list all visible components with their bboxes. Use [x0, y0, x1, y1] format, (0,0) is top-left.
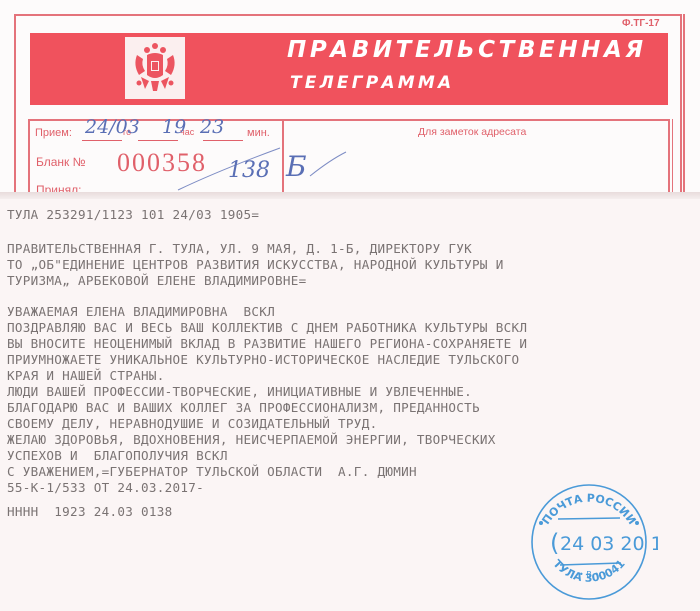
handwritten-date: 24/03 — [85, 116, 140, 138]
body-line: УВАЖАЕМАЯ ЕЛЕНА ВЛАДИМИРОВНА ВСКЛ — [7, 304, 275, 320]
handwritten-minutes: 23 — [200, 116, 224, 138]
telegram-form-header: Ф.ТГ-17 — [0, 0, 700, 200]
body-line: БЛАГОДАРЮ ВАС И ВАШИХ КОЛЛЕГ ЗА ПРОФЕССИ… — [7, 400, 480, 416]
body-line: ПОЗДРАВЛЯЮ ВАС И ВЕСЬ ВАШ КОЛЛЕКТИВ С ДН… — [7, 320, 527, 336]
telegram-header: ТУЛА 253291/1123 101 24/03 1905= — [7, 207, 259, 223]
handwritten-initial: Б — [286, 150, 307, 183]
address-line: ТУРИЗМА„ АРБЕКОВОЙ ЕЛЕНЕ ВЛАДИМИРОВНЕ= — [7, 273, 307, 289]
body-line: ЖЕЛАЮ ЗДОРОВЬЯ, ВДОХНОВЕНИЯ, НЕИСЧЕРПАЕМ… — [7, 432, 496, 448]
postmark-stamp: ПОЧТА РОССИИ ТУЛА 300041 ( 24 03 20 17 •… — [520, 478, 658, 604]
stamp-date: 24 03 20 17 — [560, 533, 658, 555]
title-line-2: ТЕЛЕГРАММА — [290, 73, 454, 93]
handwritten-hour: 19 — [162, 116, 186, 138]
stamp-letter: • В • — [579, 570, 599, 579]
reference-line: 55-К-1/533 ОТ 24.03.2017- — [7, 480, 204, 496]
address-line: ПРАВИТЕЛЬСТВЕННАЯ Г. ТУЛА, УЛ. 9 МАЯ, Д.… — [7, 241, 472, 257]
title-banner: ПРАВИТЕЛЬСТВЕННАЯ ТЕЛЕГРАММА — [30, 33, 668, 105]
telegram-footer: НННН 1923 24.03 0138 — [7, 504, 173, 520]
blank-label: Бланк № — [36, 155, 86, 169]
body-line: ВЫ ВНОСИТЕ НЕОЦЕНИМЫЙ ВКЛАД В РАЗВИТИЕ Н… — [7, 336, 527, 352]
body-line: ПРИУМНОЖАЕТЕ УНИКАЛЬНОЕ КУЛЬТУРНО-ИСТОРИ… — [7, 352, 519, 368]
body-line: КРАЯ И НАШЕЙ СТРАНЫ. — [7, 368, 165, 384]
title-line-1: ПРАВИТЕЛЬСТВЕННАЯ — [287, 37, 647, 63]
notes-label: Для заметок адресата — [418, 126, 526, 138]
received-label: Прием: — [35, 127, 72, 139]
address-line: ТО „ОБ"ЕДИНЕНИЕ ЦЕНТРОВ РАЗВИТИЯ ИСКУССТ… — [7, 257, 504, 273]
svg-text:(: ( — [550, 529, 559, 557]
minutes-label: мин. — [247, 127, 270, 139]
handwritten-reference: 138 — [228, 158, 270, 183]
coat-of-arms-icon — [125, 37, 185, 99]
form-code: Ф.ТГ-17 — [622, 18, 660, 29]
body-line: ЛЮДИ ВАШЕЙ ПРОФЕССИИ-ТВОРЧЕСКИЕ, ИНИЦИАТ… — [7, 384, 472, 400]
body-line: СВОЕМУ ДЕЛУ, НЕРАВНОДУШИЕ И СОЗИДАТЕЛЬНЫ… — [7, 416, 377, 432]
signature-line: С УВАЖЕНИЕМ,=ГУБЕРНАТОР ТУЛЬСКОЙ ОБЛАСТИ… — [7, 464, 417, 480]
body-line: УСПЕХОВ И БЛАГОПОЛУЧИЯ ВСКЛ — [7, 448, 228, 464]
